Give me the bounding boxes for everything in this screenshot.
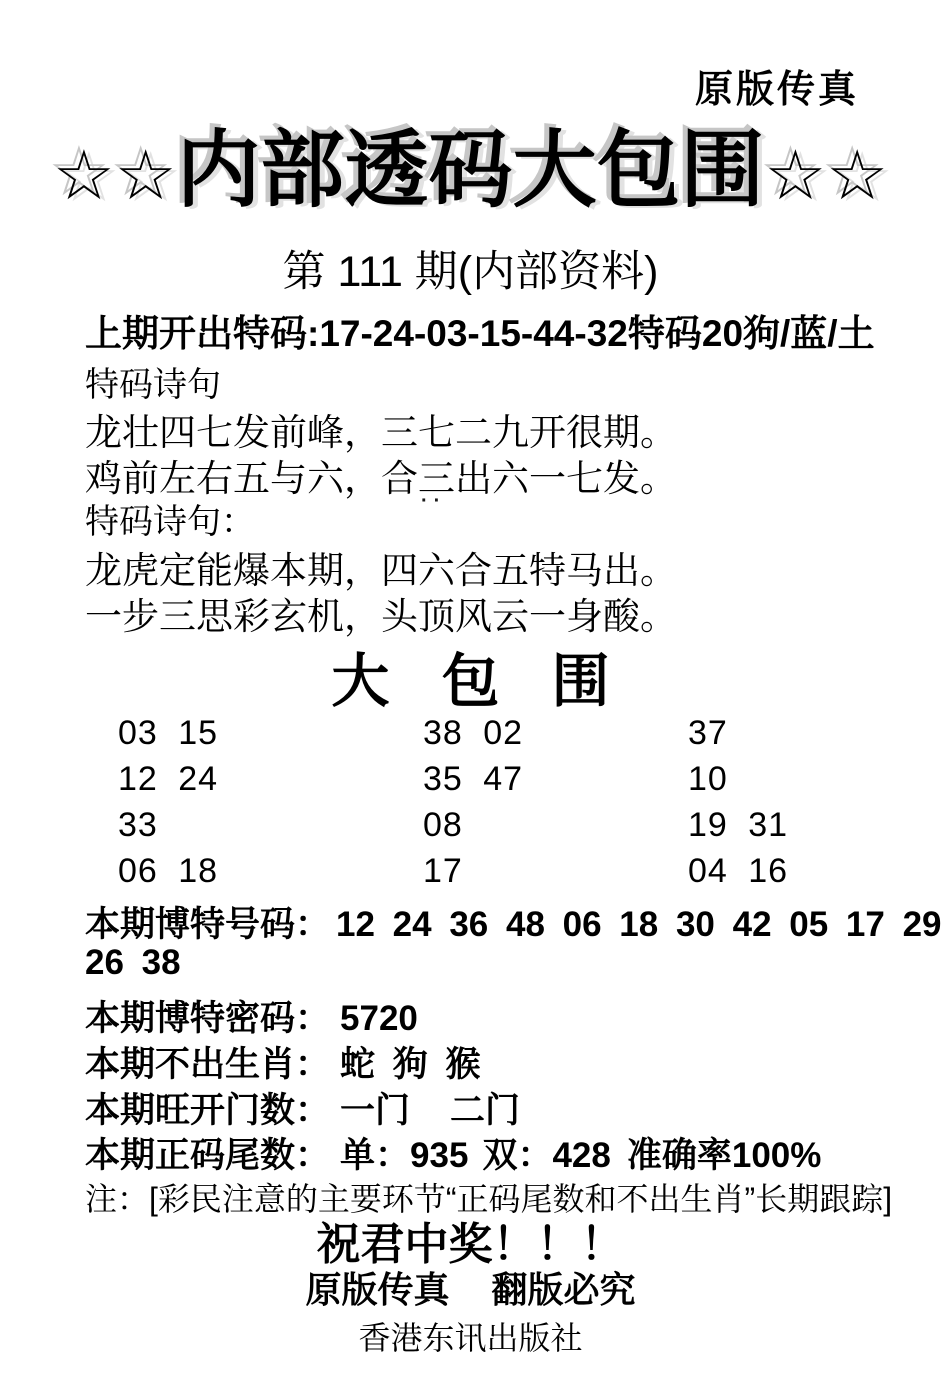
publisher-line: 香港东讯出版社	[0, 1313, 941, 1359]
lucky-doors-line: 本期旺开门数：一门二门	[85, 1083, 520, 1133]
star-icon-left: ☆☆	[53, 136, 176, 216]
copyright-line: 原版传真翻版必究	[0, 1262, 941, 1313]
scan-artifact-dots: ··	[421, 490, 446, 513]
poem2-line: 一步三思彩玄机，头顶风云一身酸。	[85, 586, 677, 640]
number-cell: 08	[423, 804, 688, 850]
tail-numbers-label: 本期正码尾数：	[85, 1136, 330, 1175]
page-title-text: 内部透码大包围	[176, 120, 764, 219]
copyright-part1: 原版传真	[305, 1269, 449, 1310]
number-cell: 38 02	[423, 712, 688, 758]
page-title: ☆☆内部透码大包围☆☆	[0, 118, 941, 228]
number-cell: 06 18	[118, 850, 423, 896]
tail-even-label: 双：	[482, 1136, 552, 1175]
poem2-heading: 特码诗句：	[85, 494, 255, 543]
bote-numbers-label: 本期博特号码：	[85, 905, 330, 944]
bote-numbers-values: 12 24 36 48 06 18 30 42 05 17 29 41 02 1…	[336, 905, 941, 944]
bote-password-label: 本期博特密码：	[85, 999, 330, 1038]
tail-odd-label: 单：	[340, 1136, 410, 1175]
numbers-grid: 03 15 38 02 37 12 24 35 47 10 33 08 19 3…	[118, 712, 878, 896]
lucky-doors-label: 本期旺开门数：	[85, 1091, 330, 1130]
last-draw-result-line: 上期开出特码:17-24-03-15-44-32特码20狗/蓝/土	[85, 303, 875, 357]
number-cell: 10	[688, 758, 878, 804]
tail-numbers-line: 本期正码尾数：单：935双：428准确率100%	[85, 1128, 821, 1178]
excluded-zodiac-label: 本期不出生肖：	[85, 1045, 330, 1084]
lucky-doors-value2: 二门	[450, 1091, 520, 1130]
tail-odd-value: 935	[410, 1136, 468, 1175]
last-draw-label: 上期开出特码:	[85, 313, 319, 354]
accuracy-text: 准确率100%	[627, 1136, 822, 1175]
tail-even-value: 428	[552, 1136, 610, 1175]
lucky-doors-value1: 一门	[340, 1091, 410, 1130]
number-cell: 17	[423, 850, 688, 896]
excluded-zodiac-line: 本期不出生肖：蛇 狗 猴	[85, 1037, 480, 1087]
star-icon-right: ☆☆	[765, 136, 888, 216]
number-cell: 33	[118, 804, 423, 850]
number-cell: 04 16	[688, 850, 878, 896]
copyright-part2: 翻版必究	[492, 1269, 636, 1310]
leaflet-page: 原版传真 ☆☆内部透码大包围☆☆ 第 111 期(内部资料) 上期开出特码:17…	[0, 0, 941, 1388]
poem1-heading: 特码诗句	[85, 357, 221, 406]
number-cell: 12 24	[118, 758, 423, 804]
number-cell: 19 31	[688, 804, 878, 850]
number-cell: 35 47	[423, 758, 688, 804]
corner-label: 原版传真	[695, 58, 859, 113]
section-title: 大 包 围	[0, 634, 941, 718]
bote-password-line: 本期博特密码：5720	[85, 991, 418, 1041]
bote-numbers-line-continued: 26 38	[85, 943, 181, 983]
last-draw-value: 17-24-03-15-44-32特码20狗/蓝/土	[319, 313, 874, 354]
bote-numbers-line: 本期博特号码：12 24 36 48 06 18 30 42 05 17 29 …	[85, 897, 941, 947]
bote-password-value: 5720	[340, 999, 418, 1038]
number-cell: 37	[688, 712, 878, 758]
excluded-zodiac-value: 蛇 狗 猴	[340, 1045, 480, 1084]
number-cell: 03 15	[118, 712, 423, 758]
issue-number-line: 第 111 期(内部资料)	[0, 238, 941, 299]
